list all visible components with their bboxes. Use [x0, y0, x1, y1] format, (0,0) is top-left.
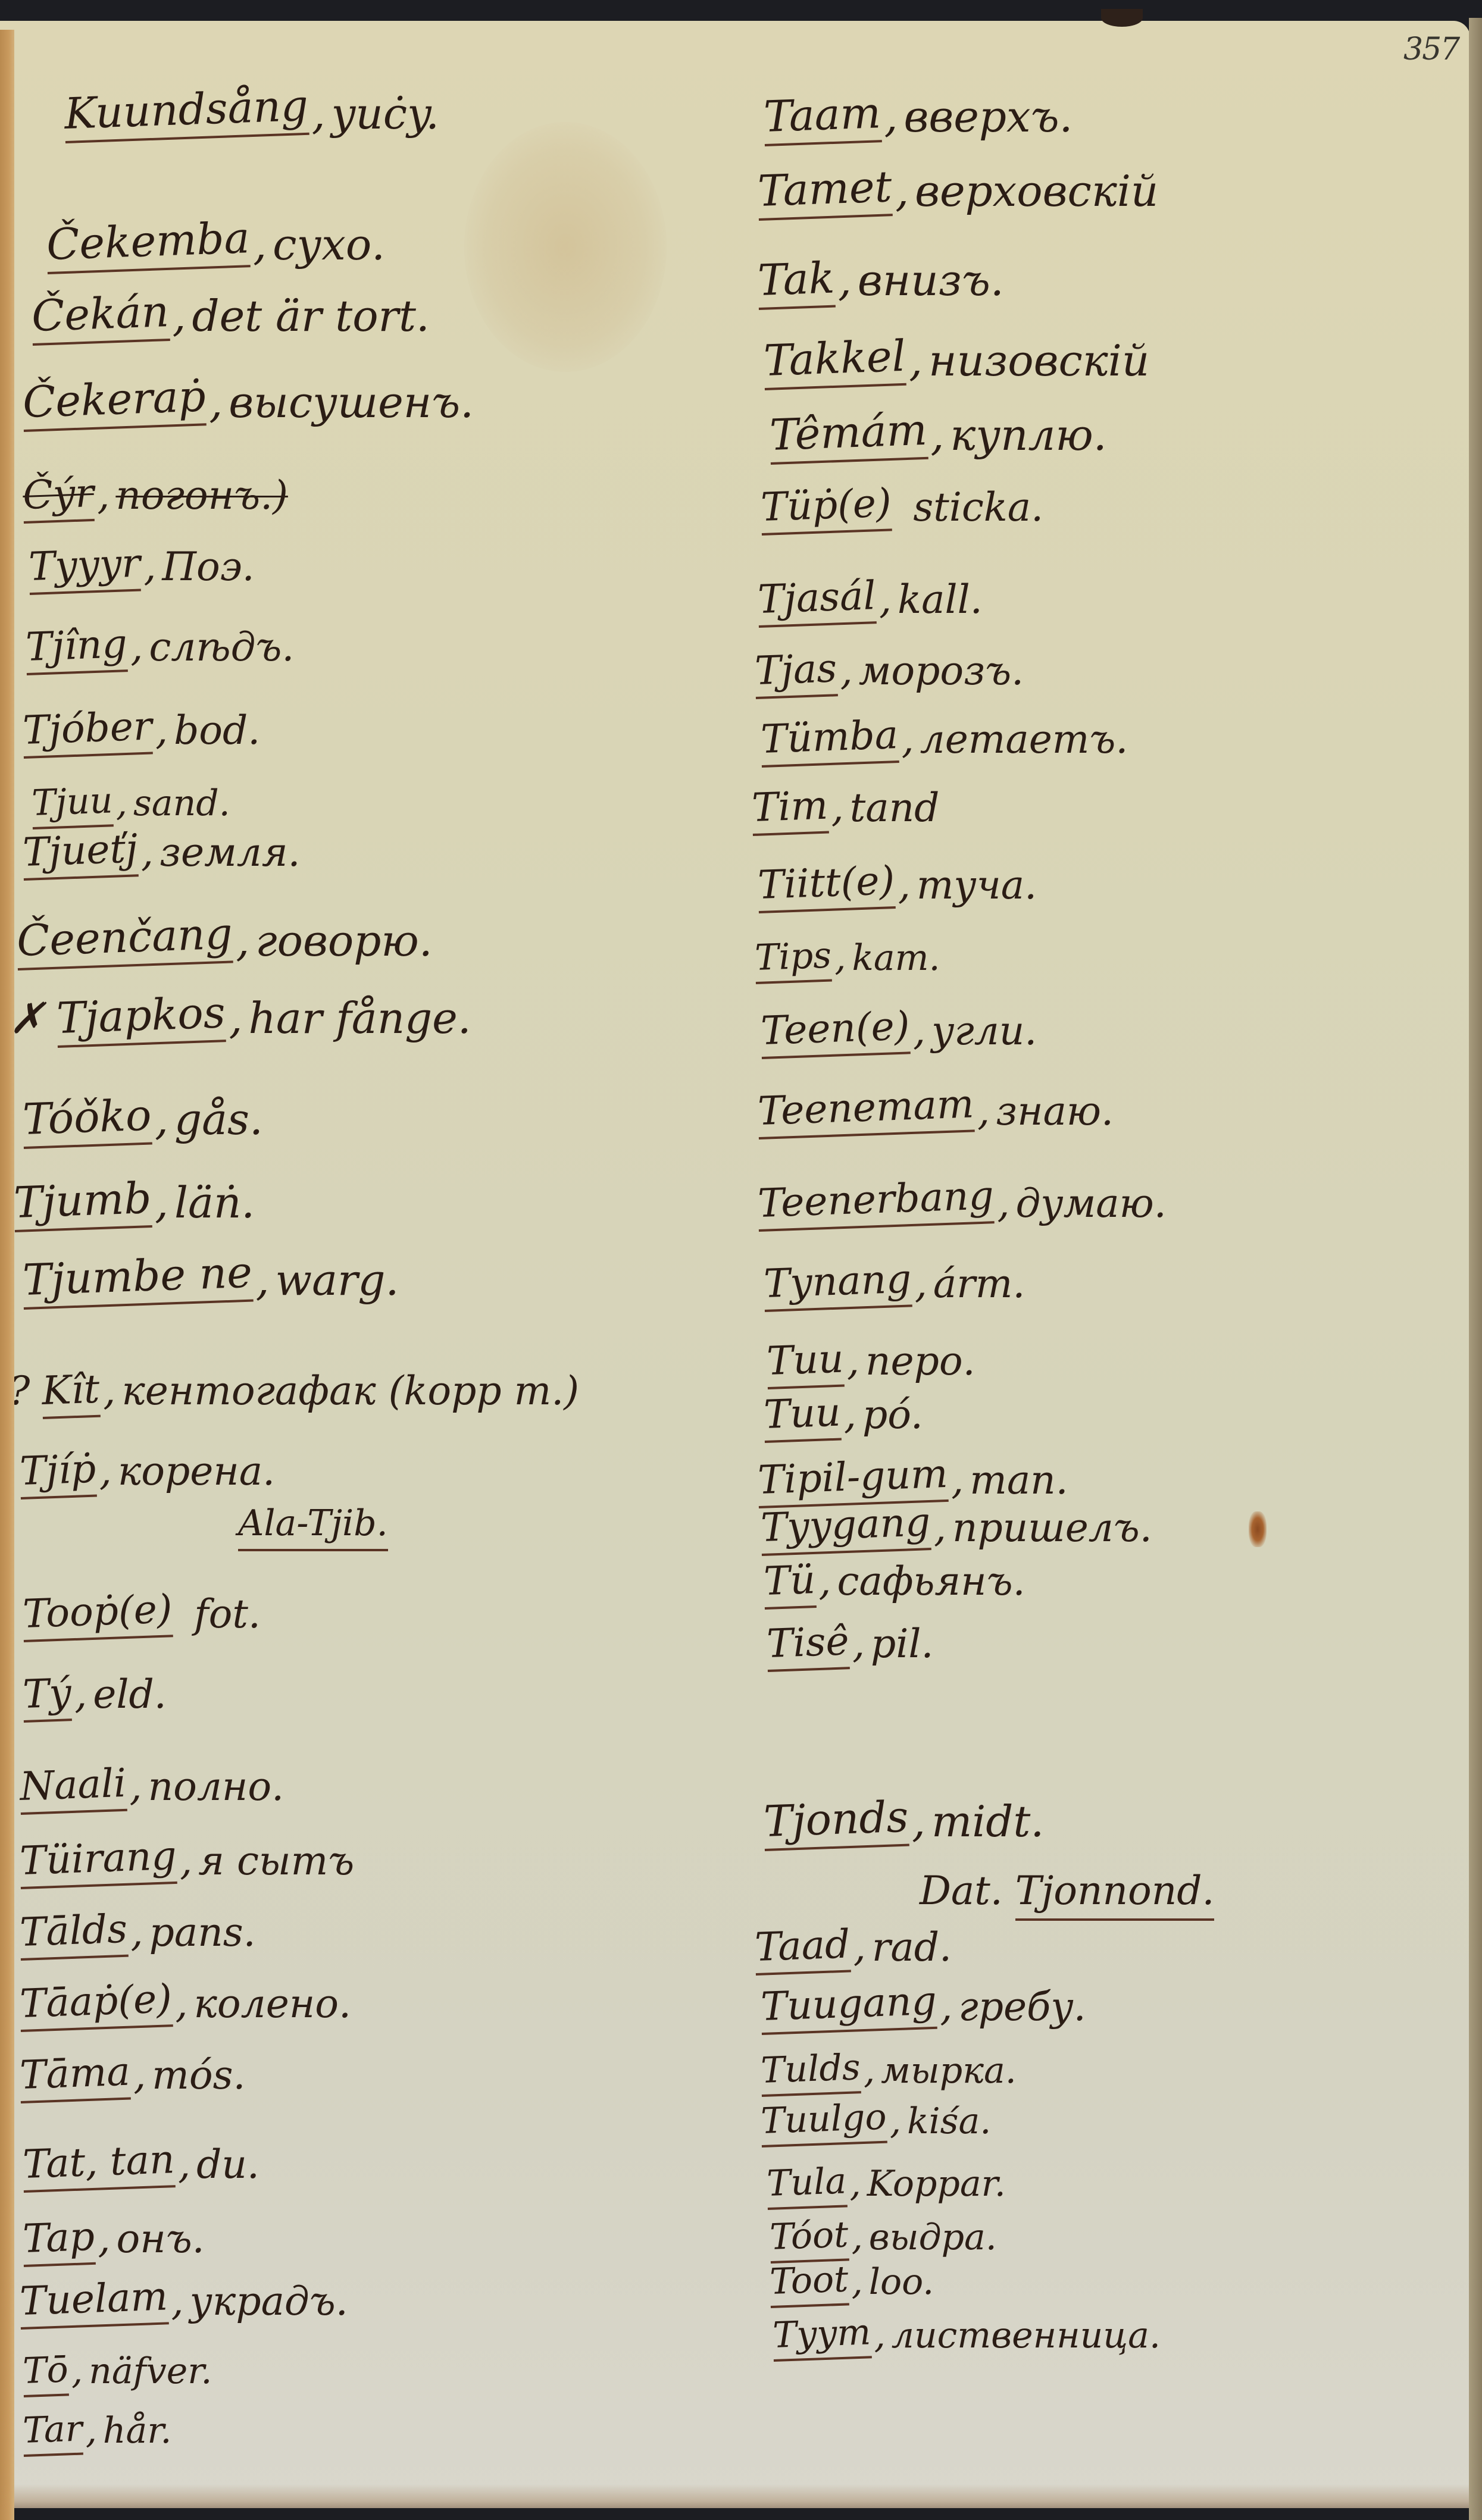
entry-gloss: пришелъ. — [952, 1505, 1152, 1551]
entry-gloss: угли. — [931, 1008, 1037, 1054]
entry-term: Toot — [769, 2261, 849, 2308]
entry-term: Tümba — [760, 715, 899, 768]
left-entry-10: Čeenčang,говорю. — [18, 919, 433, 971]
left-entry-18: Tý,eld. — [24, 1675, 167, 1723]
left-entry-21: Tālds,pans. — [21, 1913, 256, 1961]
entry-gloss: Koppar. — [867, 2163, 1006, 2205]
entry-term: Tak — [757, 256, 836, 310]
right-entry-26: Tuulgo,kiśa. — [762, 2103, 991, 2148]
entry-gloss: сафьянъ. — [837, 1558, 1025, 1604]
entry-gloss: man. — [970, 1457, 1068, 1503]
entry-term: Tula — [766, 2163, 847, 2210]
right-entry-16: Tuu,перо. — [768, 1342, 976, 1389]
entry-term: Kît — [42, 1370, 101, 1419]
entry-gloss: украдъ. — [190, 2278, 348, 2324]
entry-gloss: онъ. — [116, 2216, 204, 2262]
subentry-term: Ala-Tjib. — [238, 1502, 388, 1551]
right-entry-30: Tyym,лиственница. — [774, 2318, 1161, 2362]
entry-term: Tjîng — [25, 624, 128, 675]
entry-term: Kuundsång — [64, 84, 309, 143]
entry-term: Teen(e) — [760, 1006, 911, 1059]
entry-gloss: погонъ.) — [115, 472, 288, 518]
entry-gloss: летаетъ. — [920, 716, 1128, 762]
entry-gloss: знаю. — [996, 1088, 1114, 1134]
left-entry-4-struck: Čýr,погонъ.) — [24, 476, 288, 524]
water-stain — [464, 122, 667, 372]
entry-gloss: pil. — [871, 1621, 933, 1667]
entry-term: Tjonds — [763, 1795, 909, 1851]
left-entry-6: Tjîng,слѣдъ. — [27, 628, 294, 675]
entry-gloss: выдра. — [869, 2217, 997, 2258]
entry-gloss: корена. — [118, 1448, 275, 1494]
entry-term: Tyym — [772, 2314, 871, 2362]
entry-term: Têmám — [769, 408, 928, 465]
entry-gloss: слѣдъ. — [149, 624, 294, 670]
left-entry-7: Tjóber,bod. — [24, 711, 260, 759]
entry-gloss: лиственница. — [892, 2315, 1161, 2356]
entry-term: Tiitt(e) — [757, 861, 895, 913]
entry-term: Tāaṗ(e) — [19, 1979, 173, 2032]
ink-blot — [1101, 9, 1143, 27]
entry-gloss: eld. — [93, 1671, 166, 1717]
entry-gloss: сухо. — [273, 220, 385, 270]
entry-gloss: sand. — [133, 782, 230, 824]
entry-term: Tjíṗ — [19, 1450, 97, 1500]
left-entry-28: Tar,hår. — [24, 2413, 171, 2457]
entry-term: Tjueťj — [22, 829, 139, 881]
right-entry-9: Tim,tand — [753, 788, 939, 836]
right-entry-12: Teen(e),угли. — [762, 1012, 1037, 1059]
entry-gloss: fot. — [194, 1591, 261, 1637]
left-entry-9: Tjueťj,земля. — [24, 833, 301, 881]
entry-gloss: kall. — [898, 577, 983, 622]
entry-gloss: läṅ. — [174, 1178, 255, 1228]
entry-gloss: перо. — [865, 1338, 976, 1384]
entry-gloss: árm. — [933, 1261, 1025, 1307]
entry-gloss: куплю. — [950, 410, 1106, 460]
entry-gloss: du. — [196, 2142, 259, 2187]
entry-term: Tuelam — [19, 2277, 168, 2330]
entry-gloss: midt. — [931, 1796, 1044, 1846]
left-entry-1: Čekemba,сухо. — [48, 223, 385, 274]
entry-gloss: говорю. — [255, 916, 432, 966]
entry-term: Tý — [22, 1673, 72, 1723]
left-entry-5: Tyyyr,Поэ. — [30, 547, 255, 595]
entry-term: Tüṗ(e) — [760, 483, 892, 536]
page-stack-edge — [1469, 18, 1482, 2520]
entry-gloss: верховскій — [915, 166, 1158, 216]
entry-term: Čýr — [22, 474, 95, 524]
entry-gloss: hår. — [103, 2410, 172, 2452]
entry-gloss: det är tort. — [192, 291, 430, 341]
right-entry-7: Tjas,морозъ. — [756, 652, 1024, 699]
entry-term: Tjas — [754, 649, 837, 699]
entry-gloss: гребу. — [958, 1984, 1086, 2030]
entry-gloss: Поэ. — [162, 544, 254, 590]
entry-gloss: pó. — [862, 1392, 923, 1438]
entry-gloss: rad. — [872, 1924, 952, 1970]
entry-gloss: gås. — [174, 1094, 263, 1144]
entry-term: Tyygang — [760, 1502, 931, 1556]
left-entry-27: Tō,näfver. — [24, 2353, 212, 2397]
entry-term: Taam — [763, 91, 881, 146]
entry-term: Tuu — [766, 1339, 845, 1389]
entry-term: Tap — [22, 2217, 95, 2267]
entry-term: Naali — [19, 1764, 127, 1815]
right-subentry-22: Dat. Tjonnond. — [920, 1871, 1214, 1911]
entry-gloss: морозъ. — [859, 648, 1024, 694]
right-entry-24: Tuugang,гребу. — [762, 1987, 1086, 2035]
cross-mark-icon: ✗ — [9, 993, 45, 1043]
left-entry-23: Tāma,mós. — [21, 2056, 245, 2103]
entry-term: Tuu — [763, 1393, 842, 1443]
left-entry-17: Tooṗ(e) fot. — [24, 1595, 261, 1642]
entry-gloss: я сытъ — [198, 1838, 354, 1884]
right-entry-10: Tiitt(e),туча. — [759, 866, 1037, 913]
entry-gloss: вверхъ. — [903, 92, 1073, 142]
entry-term: Čekeraṗ — [22, 374, 207, 432]
entry-gloss: sticka. — [913, 484, 1043, 530]
entry-gloss: tand — [850, 785, 940, 831]
entry-gloss: warg. — [275, 1255, 399, 1305]
entry-gloss: полно. — [148, 1764, 284, 1810]
subentry-prefix: Dat. — [920, 1868, 1003, 1914]
entry-term: Tamet — [757, 165, 893, 221]
right-entry-29: Toot,loo. — [771, 2264, 934, 2308]
entry-gloss: внизъ. — [858, 255, 1004, 305]
entry-term: Tü — [763, 1560, 816, 1610]
entry-term: Tjóber — [22, 706, 153, 759]
right-entry-20: Tü,сафьянъ. — [765, 1562, 1025, 1610]
entry-term: Tooṗ(e) — [22, 1589, 173, 1642]
entry-term: Tō — [22, 2352, 69, 2397]
entry-term: Tat, tan — [22, 2140, 176, 2193]
left-entry-26: Tuelam,украдъ. — [21, 2282, 348, 2330]
entry-gloss: туча. — [917, 862, 1037, 908]
entry-term: Čekán — [31, 290, 170, 346]
left-entry-14: Tjumbe ne,warg. — [24, 1259, 399, 1310]
entry-gloss: колено. — [194, 1981, 351, 2027]
left-entry-2: Čekán,det är tort. — [33, 295, 430, 346]
entry-gloss: земля. — [160, 829, 300, 875]
entry-term: Čekemba — [46, 216, 251, 274]
right-entry-14: Teenerbang,думаю. — [759, 1184, 1167, 1232]
right-entry-19: Tyygang,пришелъ. — [762, 1508, 1152, 1556]
entry-gloss: мырка. — [881, 2050, 1017, 2092]
manuscript-page: 357 Kuundsång,yuċy. Čekemba,сухо. Čekán,… — [0, 21, 1470, 2508]
right-entry-3: Takkel,низовскій — [765, 339, 1149, 390]
book-spine-edge — [0, 30, 14, 2520]
entry-term: Tyyyr — [28, 544, 141, 595]
rust-spot — [1249, 1511, 1267, 1547]
entry-term: Tar — [22, 2411, 83, 2457]
entry-term: Tjuu — [31, 782, 113, 829]
left-entry-16: Tjíṗ,корена. — [21, 1452, 275, 1500]
entry-term: Tóot — [769, 2217, 849, 2264]
right-entry-2: Tak,внизъ. — [759, 259, 1004, 310]
entry-term: Čeenčang — [16, 912, 233, 971]
entry-term: Teenerbang — [757, 1176, 995, 1232]
right-entry-13: Teenemam,знаю. — [759, 1092, 1114, 1140]
page-number: 357 — [1403, 32, 1459, 67]
left-entry-8: Tjuu,sand. — [33, 785, 230, 829]
right-entry-6: Tjasál,kall. — [759, 580, 983, 628]
right-entry-4: Têmám,куплю. — [771, 414, 1107, 465]
entry-term: Tóǒko — [22, 1094, 152, 1149]
right-entry-21: Tisê,pil. — [768, 1624, 934, 1672]
left-entry-24: Tat, tan,du. — [24, 2145, 259, 2193]
right-entry-15: Tynang,árm. — [765, 1264, 1025, 1312]
right-entry-28: Tóot,выдра. — [771, 2220, 997, 2264]
entry-gloss: bod. — [174, 708, 260, 753]
right-entry-17: Tuu,pó. — [765, 1395, 923, 1443]
entry-term: Tālds — [19, 1909, 128, 1961]
right-entry-11: Tips,kam. — [756, 940, 940, 984]
entry-gloss: loo. — [869, 2261, 934, 2303]
entry-term: Tjumb — [13, 1176, 152, 1232]
left-entry-12: Tóǒko,gås. — [24, 1098, 263, 1149]
entry-term: Tim — [751, 786, 828, 836]
left-entry-22: Tāaṗ(e),колено. — [21, 1984, 351, 2032]
entry-gloss: yuċy. — [332, 89, 439, 139]
right-entry-23: Taad,rad. — [756, 1928, 952, 1976]
left-entry-25: Tap,онъ. — [24, 2220, 205, 2267]
right-entry-0: Taam,вверхъ. — [765, 95, 1073, 146]
right-entry-1: Tamet,верховскій — [759, 170, 1158, 221]
entry-gloss: har fånge. — [249, 993, 471, 1043]
entry-term: Takkel — [763, 334, 906, 390]
entry-term: Tynang — [763, 1259, 912, 1312]
entry-term: Tjumbe ne — [22, 1251, 253, 1310]
entry-term: Tüirang — [19, 1836, 177, 1889]
entry-term: Taad — [754, 1924, 851, 1976]
right-entry-25: Tulds,мырка. — [762, 2053, 1017, 2097]
right-entry-5: Tüṗ(e) sticka. — [762, 488, 1043, 536]
left-entry-0: Kuundsång,yuċy. — [65, 92, 439, 143]
entry-term: Tulds — [760, 2049, 861, 2097]
entry-term: Tjapkos — [56, 991, 226, 1048]
entry-term: Tips — [754, 938, 832, 984]
left-entry-3: Čekeraṗ,высушенъ. — [24, 381, 474, 432]
left-entry-15: ?Kît,кентогафак (kopp m.) — [9, 1372, 579, 1419]
entry-term: Tāma — [19, 2052, 131, 2103]
right-entry-27: Tula,Koppar. — [768, 2166, 1006, 2210]
entry-gloss: näfver. — [89, 2350, 212, 2392]
right-entry-8: Tümba,летаетъ. — [762, 720, 1128, 768]
entry-gloss: думаю. — [1015, 1181, 1166, 1226]
left-entry-11: ✗Tjapkos,har fånge. — [9, 997, 471, 1048]
left-entry-13: Tjumb,läṅ. — [15, 1181, 255, 1232]
entry-gloss: kam. — [852, 937, 940, 979]
entry-gloss: низовскій — [928, 336, 1149, 386]
entry-gloss: высушенъ. — [229, 377, 474, 427]
entry-term: Tuugang — [760, 1981, 937, 2035]
entry-term: Tuulgo — [760, 2099, 887, 2148]
right-entry-22: Tjonds,midt. — [765, 1800, 1044, 1851]
left-subentry-16: Ala-Tjib. — [238, 1505, 388, 1541]
entry-term: Tisê — [766, 1621, 850, 1672]
entry-gloss: mós. — [152, 2052, 245, 2098]
left-entry-20: Tüirang,я сытъ — [21, 1842, 354, 1889]
entry-gloss: pans. — [149, 1909, 256, 1955]
entry-term: Teenemam — [757, 1084, 975, 1140]
left-entry-19: Naali,полно. — [21, 1767, 284, 1815]
subentry-term: Tjonnond. — [1015, 1868, 1215, 1921]
entry-gloss: кентогафак (kopp m.) — [121, 1368, 579, 1414]
entry-gloss: kiśa. — [907, 2100, 991, 2142]
entry-term: Tjasál — [757, 576, 877, 628]
